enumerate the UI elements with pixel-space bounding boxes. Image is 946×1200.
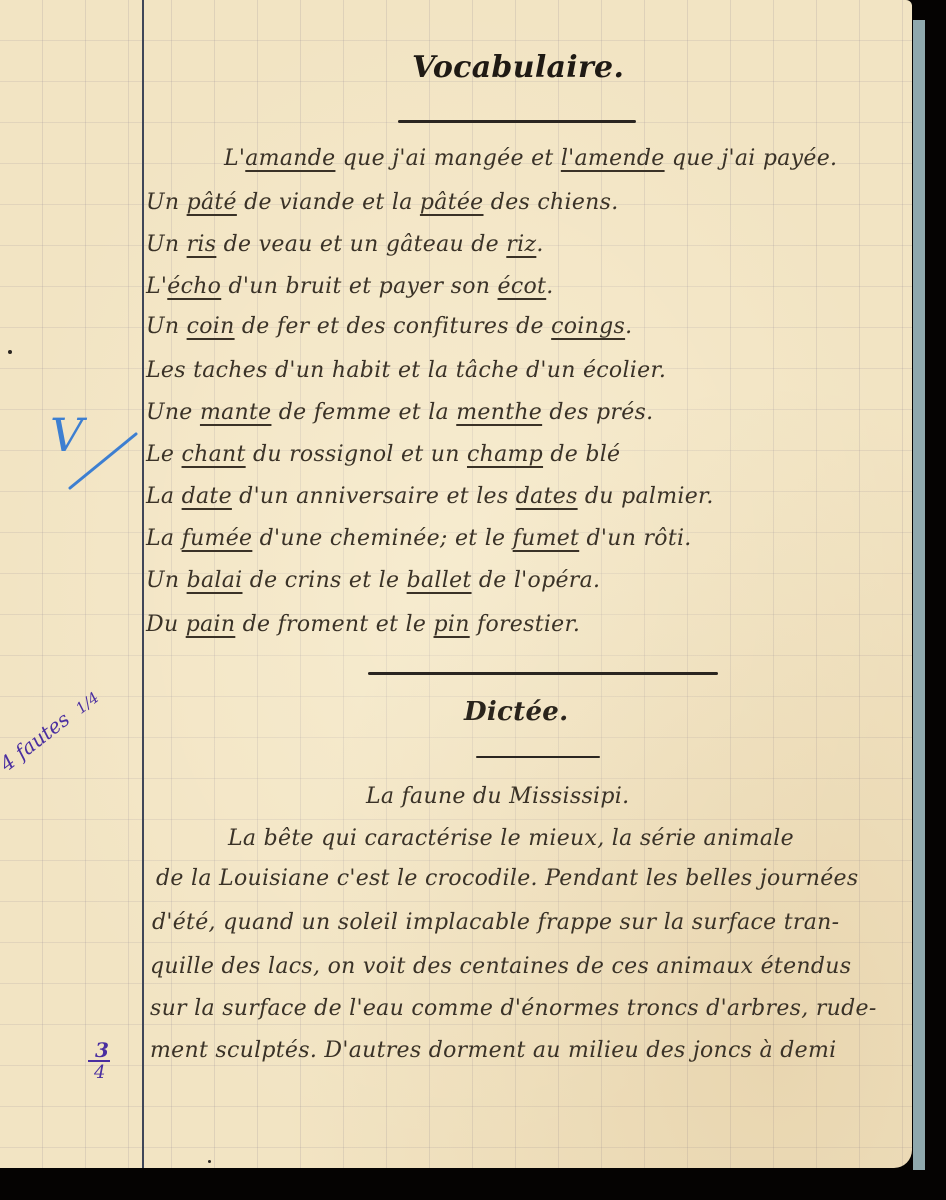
line-text: .: [659, 358, 666, 383]
line-text: .: [625, 314, 632, 339]
grade-numerator: 3: [95, 1038, 109, 1062]
line-text: de veau et un gâteau de: [216, 232, 506, 257]
dictee-line: quille des lacs, on voit des centaines d…: [150, 954, 851, 979]
dictee-line: sur la surface de l'eau comme d'énormes …: [150, 996, 877, 1021]
faults-annotation: 4 fautes 1/4: [0, 684, 103, 776]
notebook-page: Vocabulaire. L'amande que j'ai mangée et…: [0, 0, 912, 1168]
underlined-homophone: pâtée: [420, 190, 484, 215]
line-text: L': [146, 274, 167, 299]
vocabulaire-line: Une mante de femme et la menthe des prés…: [146, 400, 653, 425]
underlined-homophone: mante: [200, 400, 272, 425]
line-text: de l'opéra.: [472, 568, 601, 593]
line-text: d'un rôti.: [579, 526, 691, 551]
line-text: Du: [146, 612, 186, 637]
underlined-homophone: amande: [245, 146, 335, 171]
line-text: de viande et la: [237, 190, 420, 215]
vocabulaire-line: Les taches d'un habit et la tâche d'un é…: [146, 358, 666, 383]
line-text: du rossignol et un: [246, 442, 467, 467]
underlined-homophone: ballet: [407, 568, 472, 593]
underlined-homophone: fumet: [513, 526, 580, 551]
underlined-homophone: coings: [551, 314, 625, 339]
dictee-line: ment sculptés. D'autres dorment au milie…: [150, 1038, 836, 1063]
line-text: de froment et le: [235, 612, 433, 637]
margin-line: [142, 0, 144, 1168]
line-text: d'un anniversaire et les: [232, 484, 516, 509]
underlined-homophone: fumée: [182, 526, 253, 551]
line-text: L': [224, 146, 245, 171]
underlined-homophone: ris: [187, 232, 217, 257]
underlined-homophone: pâté: [187, 190, 237, 215]
line-text: de fer et des confitures de: [235, 314, 552, 339]
underlined-homophone: écho: [167, 274, 221, 299]
underlined-homophone: chant: [182, 442, 246, 467]
line-text: Un: [146, 568, 187, 593]
vocabulaire-line: La fumée d'une cheminée; et le fumet d'u…: [146, 526, 692, 551]
dictee-line: d'été, quand un soleil implacable frappe…: [152, 910, 839, 935]
ink-speck: [8, 350, 12, 354]
faults-fraction: 1/4: [72, 688, 102, 717]
vocabulaire-title: Vocabulaire.: [412, 50, 624, 85]
underlined-homophone: riz: [506, 232, 536, 257]
line-text: d'un bruit et payer son: [221, 274, 497, 299]
faults-text: 4 fautes: [0, 707, 74, 776]
line-text: des prés.: [542, 400, 653, 425]
line-text: forestier.: [470, 612, 581, 637]
underlined-homophone: écot: [498, 274, 547, 299]
dictee-subtitle: La faune du Mississipi.: [366, 784, 629, 809]
line-text: Un: [146, 314, 187, 339]
dictee-line: de la Louisiane c'est le crocodile. Pend…: [156, 866, 858, 891]
line-text: d'une cheminée; et le: [252, 526, 512, 551]
line-text: Une: [146, 400, 200, 425]
underlined-homophone: pin: [434, 612, 470, 637]
underlined-homophone: l'amende: [561, 146, 665, 171]
underlined-homophone: pain: [186, 612, 236, 637]
line-text: La: [146, 526, 182, 551]
line-text: de blé: [543, 442, 620, 467]
vocabulaire-line: Du pain de froment et le pin forestier.: [146, 612, 580, 637]
vocabulaire-line: Un balai de crins et le ballet de l'opér…: [146, 568, 600, 593]
vocabulaire-line: L'amande que j'ai mangée et l'amende que…: [224, 146, 837, 171]
vocabulaire-line: Le chant du rossignol et un champ de blé: [146, 442, 620, 467]
line-text: .: [536, 232, 543, 257]
underlined-homophone: balai: [187, 568, 243, 593]
dictee-underline: [476, 756, 600, 758]
vocabulaire-line: Un coin de fer et des confitures de coin…: [146, 314, 632, 339]
line-text: Un: [146, 190, 187, 215]
line-text: Le: [146, 442, 182, 467]
dictee-line: La bête qui caractérise le mieux, la sér…: [228, 826, 794, 851]
underlined-homophone: date: [182, 484, 232, 509]
vocabulaire-line: Un pâté de viande et la pâtée des chiens…: [146, 190, 619, 215]
underlined-homophone: menthe: [456, 400, 542, 425]
vocabulaire-line: L'écho d'un bruit et payer son écot.: [146, 274, 553, 299]
line-text: La: [146, 484, 182, 509]
blue-slash-icon: [66, 430, 138, 492]
line-text: de femme et la: [271, 400, 456, 425]
line-text: des chiens.: [484, 190, 619, 215]
line-text: Un: [146, 232, 187, 257]
line-text: de crins et le: [243, 568, 407, 593]
line-text: que j'ai mangée et: [335, 146, 560, 171]
underlined-homophone: champ: [467, 442, 543, 467]
underlined-homophone: coin: [187, 314, 235, 339]
line-text: que j'ai payée.: [665, 146, 838, 171]
title-underline: [398, 120, 636, 123]
section-divider: [368, 672, 718, 675]
vocabulaire-line: La date d'un anniversaire et les dates d…: [146, 484, 714, 509]
underlined-homophone: dates: [516, 484, 578, 509]
page-edge-strip: [913, 20, 925, 1170]
vocabulaire-line: Un ris de veau et un gâteau de riz.: [146, 232, 544, 257]
dictee-title: Dictée.: [464, 697, 569, 727]
line-text: .: [546, 274, 553, 299]
ink-speck: [208, 1160, 211, 1163]
grade-denominator: 4: [94, 1062, 105, 1083]
line-text: du palmier.: [578, 484, 714, 509]
line-text: Les taches d'un habit et la tâche d'un é…: [146, 358, 659, 383]
